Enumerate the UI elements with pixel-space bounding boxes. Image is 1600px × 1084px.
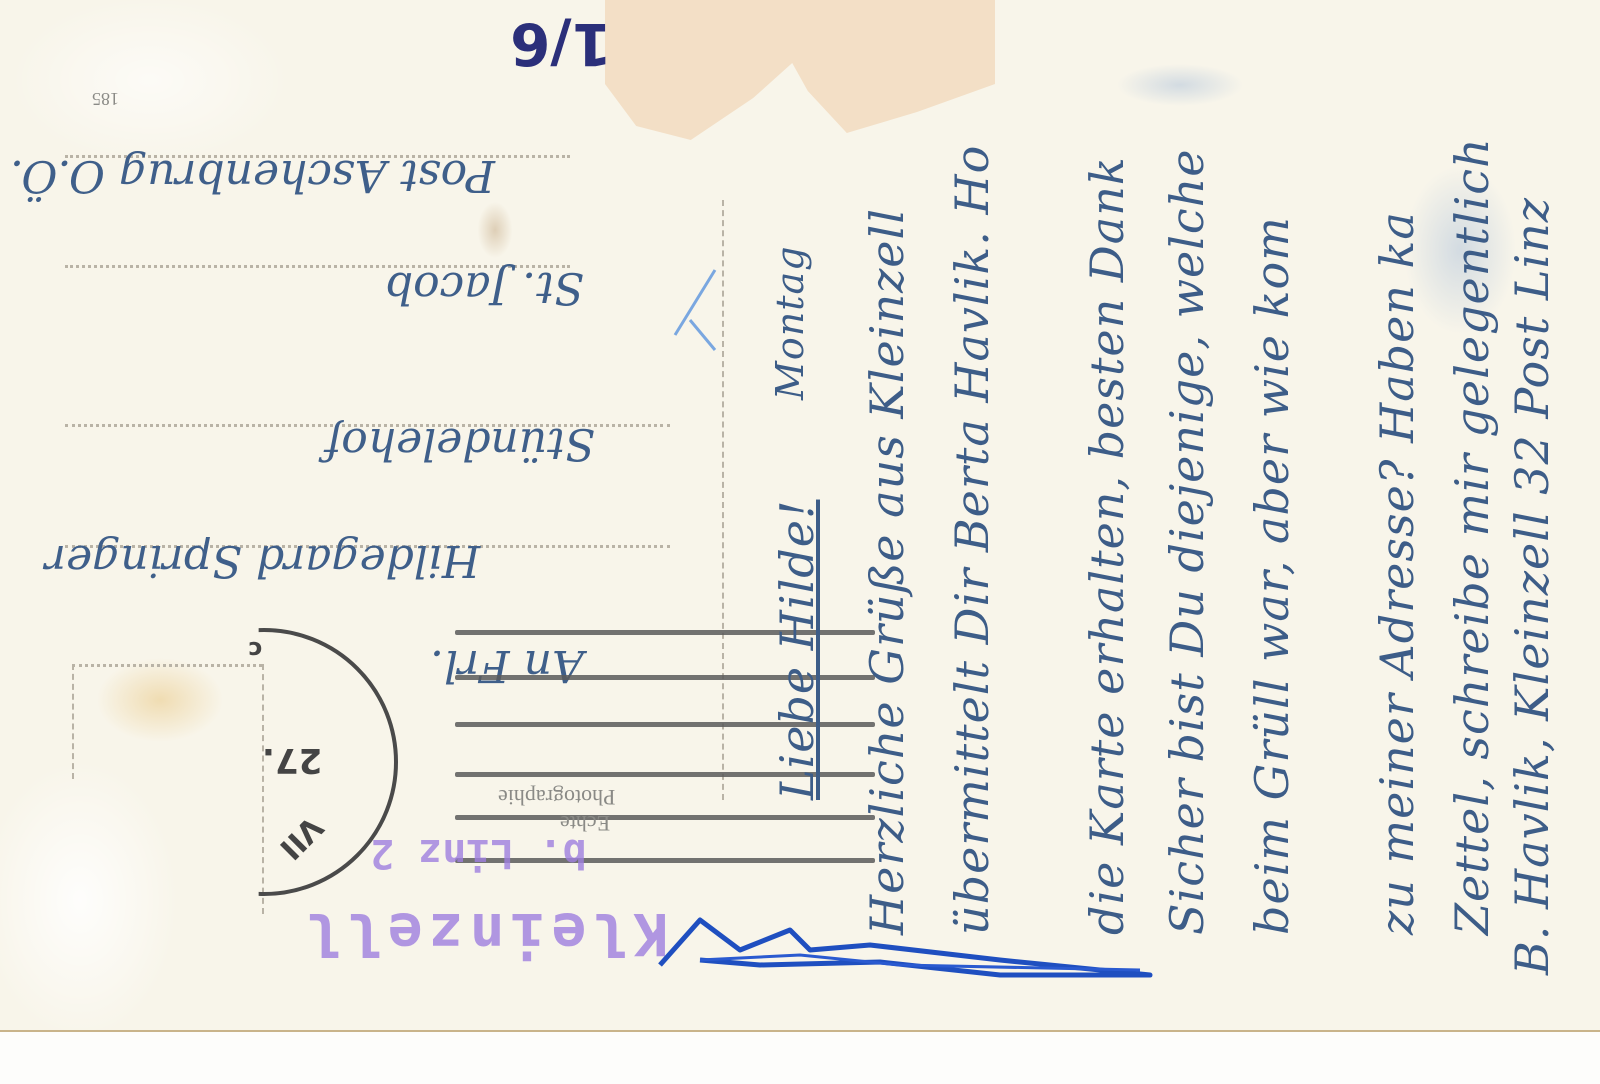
blue-crayon-scribble (0, 0, 1600, 1030)
postcard-back: 1/6 185 Post Aschenbrug O.Ö. St. Jacob S… (0, 0, 1600, 1032)
